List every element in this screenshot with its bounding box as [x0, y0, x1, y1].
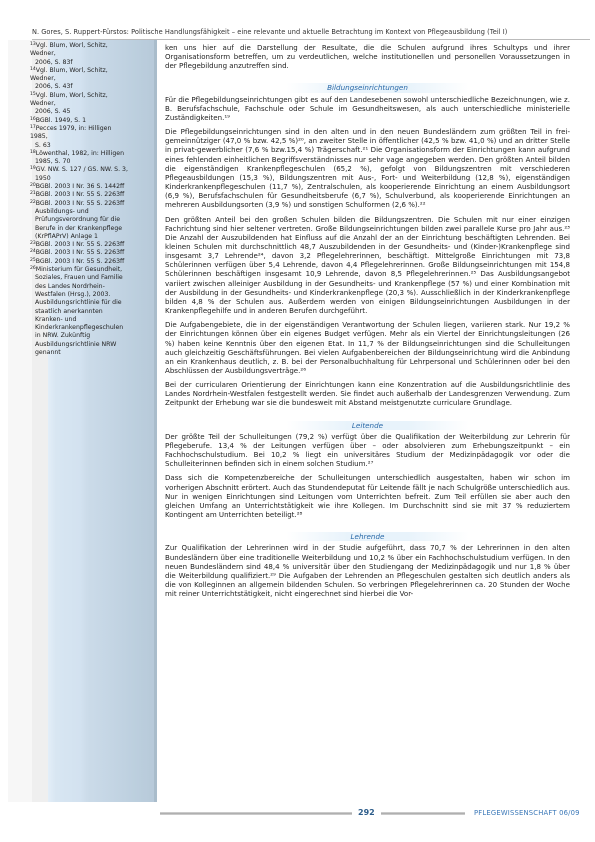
footnote: 24BGBl. 2003 I Nr. 55 S. 2263ff: [30, 249, 130, 257]
footnote: 26Ministerium für Gesundheit,Soziales, F…: [30, 266, 130, 357]
footnote-text: GV. NW. S. 127 / GS. NW. S. 3,: [36, 166, 128, 173]
section-title-bildungseinrichtungen: Bildungseinrichtungen: [165, 83, 570, 92]
sidebar-edge: [154, 40, 157, 802]
footnote: 25BGBl. 2003 I Nr. 55 S. 2263ff: [30, 258, 130, 266]
section-title-leitende: Leitende: [165, 421, 570, 430]
footnotes: 13Vgl. Blum, Worl, Schitz, Wedner,2006, …: [30, 42, 130, 357]
intro-paragraph: ken uns hier auf die Darstellung der Res…: [165, 43, 570, 70]
footnote: 19GV. NW. S. 127 / GS. NW. S. 3,1950: [30, 166, 130, 183]
footnote-cont: S. 63: [30, 142, 130, 150]
journal-name: PFLEGEWISSENSCHAFT 06/09: [474, 809, 580, 817]
footnote-text: BGBl. 2003 I Nr. 55 S. 2263ff: [36, 191, 125, 198]
footnote-text: Vgl. Blum, Worl, Schitz, Wedner,: [30, 42, 108, 57]
footnote-cont: 1950: [30, 175, 130, 183]
footnote-number: 23: [30, 241, 36, 246]
footnote-cont: 1985, S. 70: [30, 158, 130, 166]
page-number: 292: [352, 808, 381, 817]
footnote-number: 26: [30, 266, 36, 271]
paragraph: Den größten Anteil bei den großen Schule…: [165, 215, 570, 316]
footnote-number: 22: [30, 200, 36, 205]
paragraph: Zur Qualifikation der Lehrerinnen wird i…: [165, 543, 570, 598]
footnote-number: 24: [30, 249, 36, 254]
footnote-number: 21: [30, 191, 36, 196]
footnote: 14Vgl. Blum, Worl, Schitz, Wedner,2006, …: [30, 67, 130, 92]
footnote: 23BGBl. 2003 I Nr. 55 S. 2263ff: [30, 241, 130, 249]
footnote: 16BGBl. 1949, S. 1: [30, 117, 130, 125]
footer-rule: [160, 812, 465, 815]
footnote-number: 16: [30, 117, 36, 122]
footnote: 22BGBl. 2003 I Nr. 55 S. 2263ffAusbildun…: [30, 200, 130, 241]
footnote-text: Vgl. Blum, Worl, Schitz, Wedner,: [30, 92, 108, 107]
paragraph: Bei der curricularen Orientierung der Ei…: [165, 380, 570, 407]
footnote-text: Pecces 1979, in: Hilligen 1985,: [30, 125, 111, 140]
paragraph: Der größte Teil der Schulleitungen (79,2…: [165, 432, 570, 469]
footnote: 17Pecces 1979, in: Hilligen 1985,S. 63: [30, 125, 130, 150]
footnote-cont: Soziales, Frauen und Familie des Landes …: [30, 274, 130, 357]
section-title-lehrende: Lehrende: [165, 532, 570, 541]
footnote-number: 18: [30, 150, 36, 155]
footnote-text: BGBl. 2003 I Nr. 55 S. 2263ff: [36, 249, 125, 256]
footnote: 18Löwenthal, 1982, in: Hilligen1985, S. …: [30, 150, 130, 167]
running-head: N. Gores, S. Ruppert-Fürstos: Politische…: [32, 28, 592, 36]
footnote: 15Vgl. Blum, Worl, Schitz, Wedner,2006, …: [30, 92, 130, 117]
footnote-cont: Ausbildungs- und Prüfungsverordnung für …: [30, 208, 130, 241]
footnote-number: 13: [30, 42, 36, 47]
footnote-cont: 2006, S. 43f: [30, 83, 130, 91]
paragraph: Dass sich die Kompetenzbereiche der Schu…: [165, 473, 570, 519]
footnote-text: Vgl. Blum, Worl, Schitz, Wedner,: [30, 67, 108, 82]
footnote-number: 17: [30, 125, 36, 130]
footnote-cont: 2006, S. 45: [30, 108, 130, 116]
footnote-text: BGBl. 2003 I Nr. 55 S. 2263ff: [36, 241, 125, 248]
footnote-text: Löwenthal, 1982, in: Hilligen: [36, 150, 124, 157]
footnote-text: Ministerium für Gesundheit,: [36, 266, 122, 273]
footnote-text: BGBl. 2003 I Nr. 36 S. 1442ff: [36, 183, 125, 190]
footnote: 13Vgl. Blum, Worl, Schitz, Wedner,2006, …: [30, 42, 130, 67]
footnote-number: 15: [30, 92, 36, 97]
footnote-cont: 2006, S. 83f: [30, 59, 130, 67]
paragraph: Die Pflegebildungseinrichtungen sind in …: [165, 127, 570, 209]
footnote-number: 14: [30, 67, 36, 72]
footnote-number: 25: [30, 258, 36, 263]
footnote: 21BGBl. 2003 I Nr. 55 S. 2263ff: [30, 191, 130, 199]
paragraph: Für die Pflegebildungseinrichtungen gibt…: [165, 95, 570, 122]
footnote-number: 19: [30, 166, 36, 171]
footnote: 20BGBl. 2003 I Nr. 36 S. 1442ff: [30, 183, 130, 191]
footnote-text: BGBl. 2003 I Nr. 55 S. 2263ff: [36, 200, 125, 207]
footnote-text: BGBl. 1949, S. 1: [36, 117, 86, 124]
paragraph: Die Aufgabengebiete, die in der eigenstä…: [165, 320, 570, 375]
main-text: ken uns hier auf die Darstellung der Res…: [165, 43, 570, 603]
footnote-text: BGBl. 2003 I Nr. 55 S. 2263ff: [36, 258, 125, 265]
footnote-number: 20: [30, 183, 36, 188]
